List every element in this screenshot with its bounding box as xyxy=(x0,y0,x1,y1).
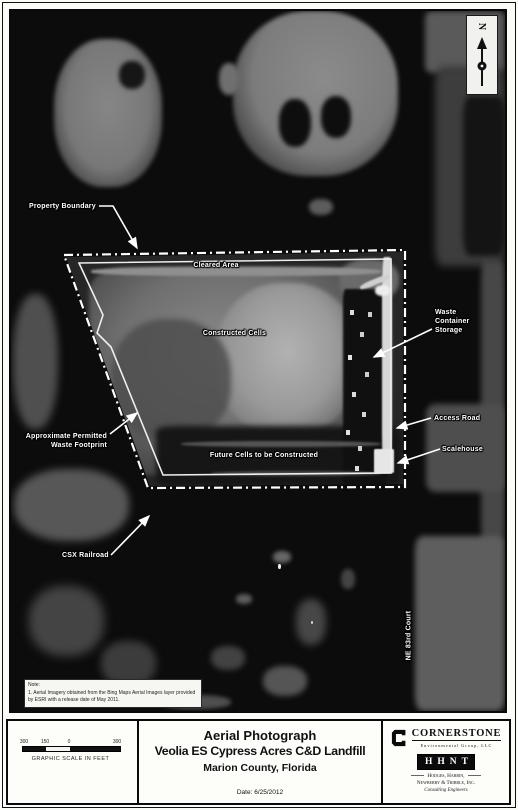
boundary-and-leader-lines xyxy=(11,11,505,711)
scale-ticks: 300 150 0 300 xyxy=(22,739,119,746)
cornerstone-name: CORNERSTONE xyxy=(412,728,502,741)
scale-bar: 300 150 0 300 GRAPHIC SCALE IN FEET xyxy=(22,739,119,762)
drawing-sheet: Property Boundary Cleared Area Construct… xyxy=(0,0,518,810)
label-line: Waste xyxy=(435,308,469,317)
sheet-title: Aerial Photograph xyxy=(139,728,381,743)
label-property-boundary: Property Boundary xyxy=(29,202,96,211)
label-line: Approximate Permitted xyxy=(11,432,107,441)
aerial-photo-frame: Property Boundary Cleared Area Construct… xyxy=(9,9,507,713)
cornerstone-logo-icon xyxy=(391,729,409,747)
title-strip: 300 150 0 300 GRAPHIC SCALE IN FEET Aeri… xyxy=(6,719,511,805)
leader-waste-container xyxy=(374,329,432,357)
note-heading: Note: xyxy=(28,682,198,690)
leader-csx-railroad xyxy=(111,516,149,555)
scale-bar-graphic xyxy=(22,746,121,752)
north-arrow: N xyxy=(466,15,498,95)
label-line: Storage xyxy=(435,326,469,335)
leader-property-boundary xyxy=(99,206,137,248)
north-arrow-icon xyxy=(468,34,496,92)
label-future-cells: Future Cells to be Constructed xyxy=(174,451,354,460)
cornerstone-logo: CORNERSTONE Environmental Group, LLC xyxy=(391,728,502,748)
leader-permitted-footprint xyxy=(110,413,137,434)
aerial-photo: Property Boundary Cleared Area Construct… xyxy=(11,11,505,711)
north-label: N xyxy=(476,23,487,30)
hhnt-firm-name-line1: Hodges, Harbin, xyxy=(411,773,480,779)
label-permitted-footprint: Approximate Permitted Waste Footprint xyxy=(11,432,107,450)
project-name: Veolia ES Cypress Acres C&D Landfill xyxy=(139,744,381,758)
project-location: Marion County, Florida xyxy=(139,762,381,774)
scale-tick: 300 xyxy=(113,739,121,745)
label-csx-railroad: CSX Railroad xyxy=(62,551,109,560)
hhnt-firm-name-line2: Newberry & Tribble, Inc. xyxy=(417,780,475,786)
cornerstone-subtitle: Environmental Group, LLC xyxy=(421,743,493,748)
sheet-date: Date: 6/25/2012 xyxy=(139,789,381,796)
hhnt-tagline: Consulting Engineers xyxy=(424,788,467,793)
permitted-footprint-line xyxy=(79,259,391,475)
scale-bar-segment xyxy=(46,747,70,751)
label-line: Container xyxy=(435,317,469,326)
title-panel: Aerial Photograph Veolia ES Cypress Acre… xyxy=(139,721,383,803)
label-cleared-area: Cleared Area xyxy=(181,261,251,270)
label-waste-container-storage: Waste Container Storage xyxy=(435,308,469,335)
scale-bar-segment xyxy=(23,747,46,751)
label-street-ne-83rd-court: NE 83rd Court xyxy=(405,595,414,677)
hhnt-logo-box: HHNT xyxy=(417,754,475,770)
note-body: 1. Aerial Imagery obtained from the Bing… xyxy=(28,690,198,705)
label-scalehouse: Scalehouse xyxy=(442,445,483,454)
scale-panel: 300 150 0 300 GRAPHIC SCALE IN FEET xyxy=(8,721,139,803)
scale-tick: 300 xyxy=(20,739,28,745)
scale-tick: 0 xyxy=(68,739,71,745)
label-constructed-cells: Constructed Cells xyxy=(192,329,277,338)
note-box: Note: 1. Aerial Imagery obtained from th… xyxy=(24,679,202,708)
label-access-road: Access Road xyxy=(434,414,480,423)
scale-caption: GRAPHIC SCALE IN FEET xyxy=(22,756,119,762)
leader-access-road xyxy=(397,418,431,428)
logo-panel: CORNERSTONE Environmental Group, LLC HHN… xyxy=(383,721,509,803)
leader-scalehouse xyxy=(398,449,440,463)
scale-bar-segment xyxy=(70,747,120,751)
scale-tick: 150 xyxy=(41,739,49,745)
label-line: Waste Footprint xyxy=(11,441,107,450)
firm-text: Hodges, Harbin, xyxy=(427,773,464,779)
